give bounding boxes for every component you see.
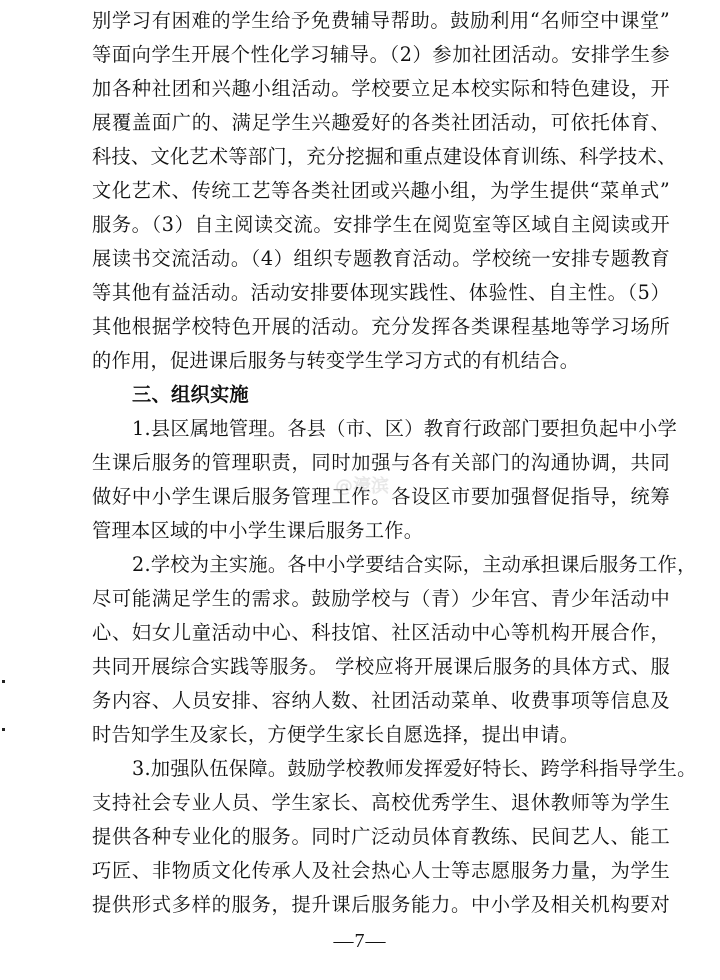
text-line: 加各种社团和兴趣小组活动。学校要立足本校实际和特色建设，开 (92, 72, 670, 106)
text-line: 务内容、人员安排、容纳人数、社团活动菜单、收费事项等信息及 (92, 684, 670, 718)
scan-mark (2, 680, 5, 683)
text-line: 的作用，促进课后服务与转变学生学习方式的有机结合。 (92, 344, 670, 378)
text-line: 服务。（3）自主阅读交流。安排学生在阅览室等区域自主阅读或开 (92, 208, 670, 242)
watermark: @濠滨 (335, 472, 389, 498)
text-line: 巧匠、非物质文化传承人及社会热心人士等志愿服务力量，为学生 (92, 854, 670, 888)
text-line: 尽可能满足学生的需求。鼓励学校与（青）少年宫、青少年活动中 (92, 582, 670, 616)
text-line: 提供形式多样的服务，提升课后服务能力。中小学及相关机构要对 (92, 888, 670, 922)
text-line: 展读书交流活动。（4）组织专题教育活动。学校统一安排专题教育 (92, 242, 670, 276)
text-line: 别学习有困难的学生给予免费辅导帮助。鼓励利用“名师空中课堂” (92, 4, 670, 38)
text-line: 3.加强队伍保障。鼓励学校教师发挥爱好特长、跨学科指导学生。 (92, 752, 670, 786)
text-line: 1.县区属地管理。各县（市、区）教育行政部门要担负起中小学 (92, 412, 670, 446)
text-line: 其他根据学校特色开展的活动。充分发挥各类课程基地等学习场所 (92, 310, 670, 344)
text-line: 等其他有益活动。活动安排要体现实践性、体验性、自主性。（5） (92, 276, 670, 310)
text-line: 时告知学生及家长，方便学生家长自愿选择，提出申请。 (92, 718, 670, 752)
text-line: 心、妇女儿童活动中心、科技馆、社区活动中心等机构开展合作， (92, 616, 670, 650)
text-line: 展覆盖面广的、满足学生兴趣爱好的各类社团活动，可依托体育、 (92, 106, 670, 140)
text-line: 管理本区域的中小学生课后服务工作。 (92, 514, 670, 548)
text-line: 支持社会专业人员、学生家长、高校优秀学生、退休教师等为学生 (92, 786, 670, 820)
text-line: 等面向学生开展个性化学习辅导。（2）参加社团活动。安排学生参 (92, 38, 670, 72)
section-heading: 三、组织实施 (92, 378, 670, 412)
scan-mark (2, 728, 5, 731)
text-line: 2.学校为主实施。各中小学要结合实际，主动承担课后服务工作， (92, 548, 670, 582)
text-line: 文化艺术、传统工艺等各类社团或兴趣小组，为学生提供“菜单式” (92, 174, 670, 208)
text-line: 共同开展综合实践等服务。 学校应将开展课后服务的具体方式、服 (92, 650, 670, 684)
page-number: —7— (0, 930, 720, 953)
text-line: 提供各种专业化的服务。同时广泛动员体育教练、民间艺人、能工 (92, 820, 670, 854)
text-line: 科技、文化艺术等部门，充分挖掘和重点建设体育训练、科学技术、 (92, 140, 670, 174)
